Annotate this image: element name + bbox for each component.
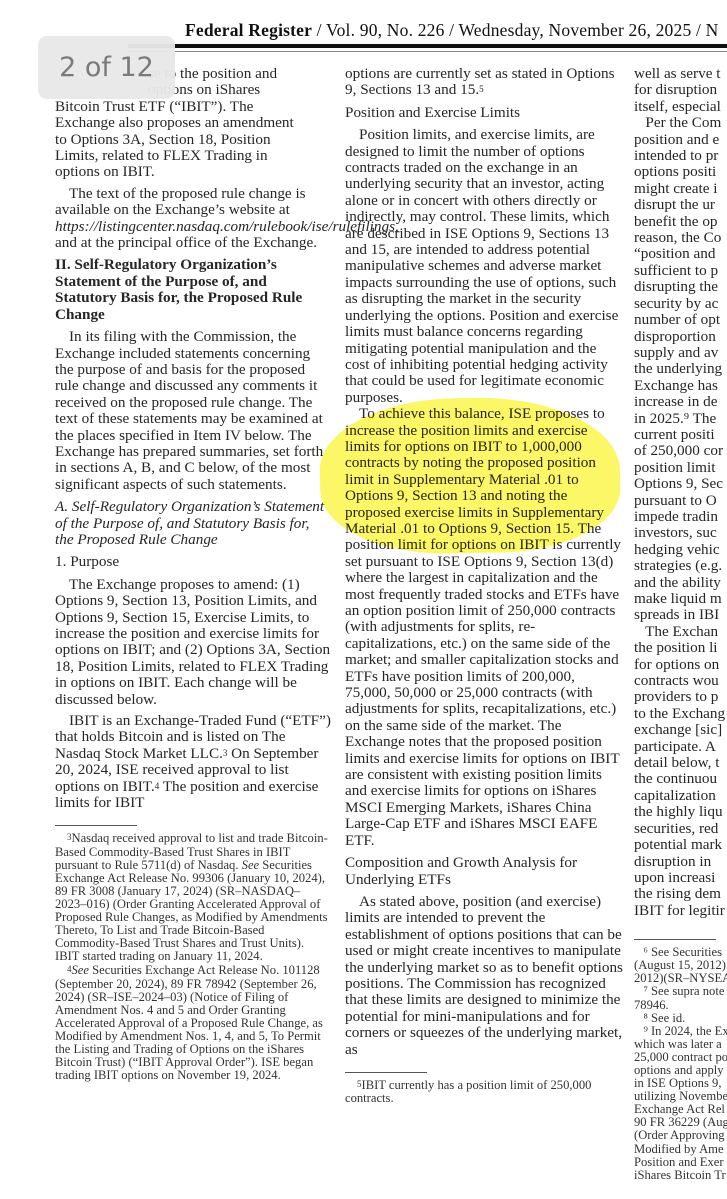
text-line: position and e	[634, 132, 727, 148]
text-line: security by ac	[634, 296, 727, 312]
footnote-rule	[345, 1072, 427, 1073]
paragraph: In its filing with the Commission, the E…	[55, 329, 331, 493]
text-line: options positi	[634, 164, 727, 180]
paragraph: IBIT is an Exchange-Traded Fund (“ETF”) …	[55, 713, 331, 811]
footnote-line: 25,000 contract po	[634, 1051, 727, 1064]
text-line: the underlying	[634, 361, 727, 377]
text-line: Limits, related to FLEX Trading in	[55, 148, 331, 164]
text-line: reason, the Co	[634, 230, 727, 246]
text-line: contracts wou	[634, 673, 727, 689]
text-line: the position li	[634, 640, 727, 656]
column-3-cropped: well as serve tfor disruptionitself, esp…	[634, 66, 727, 1182]
text-line: detail below, t	[634, 755, 727, 771]
paragraph: The text of the proposed rule change is …	[55, 186, 331, 252]
text-line: of 250,000 cor	[634, 443, 727, 459]
text-line: exchange [sic]	[634, 722, 727, 738]
text-line: to Options 3A, Section 18, Position	[55, 132, 331, 148]
footnote-rule	[55, 825, 137, 826]
footnotes: ⁶ See Securities(August 15, 2012)2012)(S…	[634, 946, 727, 1182]
footnote-line: Position and Exer	[634, 1156, 727, 1169]
text-line: investors, suc	[634, 525, 727, 541]
footnote-5: 5IBIT currently has a position limit of …	[345, 1079, 623, 1105]
header-rule	[128, 44, 727, 48]
text-line: Exchange also proposes an amendment	[55, 115, 331, 131]
text-line: Exchange has	[634, 378, 727, 394]
text-line: participate. A	[634, 739, 727, 755]
paragraph: The Exchange proposes to amend: (1) Opti…	[55, 577, 331, 708]
section-heading-limits: Position and Exercise Limits	[345, 105, 623, 121]
text-line: disrupting the	[634, 279, 727, 295]
section-heading-purpose: 1. Purpose	[55, 554, 331, 570]
column-2: options are currently set as stated in O…	[345, 66, 623, 1106]
text-line: upon increasi	[634, 870, 727, 886]
text-line: the highly liqu	[634, 804, 727, 820]
footnote-ref[interactable]: 5	[479, 84, 484, 94]
column-3-text: well as serve tfor disruptionitself, esp…	[634, 66, 727, 919]
footnote-line: 78946.	[634, 999, 727, 1012]
text-line: itself, especial	[634, 99, 727, 115]
footnote-rule	[634, 939, 716, 940]
footnote-line: Modified by Ame	[634, 1143, 727, 1156]
footnote-ref[interactable]: 4	[155, 781, 160, 791]
text-line: in 2025.⁹ The	[634, 411, 727, 427]
paragraph: Position limits, and exercise limits, ar…	[345, 127, 623, 406]
text-line: Bitcoin Trust ETF (“IBIT”). The	[55, 99, 331, 115]
footnote-4: 4See Securities Exchange Act Release No.…	[55, 964, 331, 1082]
footnotes: 5IBIT currently has a position limit of …	[345, 1079, 623, 1105]
text-line: options on IBIT.	[55, 164, 331, 180]
footnote-line: iShares Bitcoin Tr	[634, 1169, 727, 1182]
text-line: for options on	[634, 657, 727, 673]
footnote-line: (Order Approving	[634, 1129, 727, 1142]
text-line: make liquid m	[634, 591, 727, 607]
footnotes: 3Nasdaq received approval to list and tr…	[55, 832, 331, 1082]
footnote-line: ⁷ See supra note	[634, 985, 727, 998]
text-line: benefit the op	[634, 214, 727, 230]
section-heading-A: A. Self-Regulatory Organization’s Statem…	[55, 499, 331, 548]
text-line: providers to p	[634, 689, 727, 705]
text-line: disproportion	[634, 329, 727, 345]
text-line: to the Exchang	[634, 706, 727, 722]
text-line: securities, red	[634, 821, 727, 837]
text-line: and the ability	[634, 575, 727, 591]
text-line: increase in de	[634, 394, 727, 410]
text-line: pursuant to O	[634, 493, 727, 509]
text-line: hedging vehic	[634, 542, 727, 558]
text-line: impede tradin	[634, 509, 727, 525]
text-line: spreads in IBI	[634, 607, 727, 623]
footnote-line: ⁹ In 2024, the Ex	[634, 1025, 727, 1038]
text-line: disruption in	[634, 854, 727, 870]
running-header: Federal Register / Vol. 90, No. 226 / We…	[185, 20, 718, 41]
footnote-line: ⁸ See id.	[634, 1012, 727, 1025]
section-heading-II: II. Self-Regulatory Organization’s State…	[55, 257, 331, 323]
text-line: IBIT for legitir	[634, 903, 727, 919]
publication-name: Federal Register	[185, 20, 312, 40]
text-line: current positi	[634, 427, 727, 443]
rulefilings-link[interactable]: https://listingcenter.nasdaq.com/ruleboo…	[55, 218, 395, 235]
text-line: strategies (e.g.	[634, 558, 727, 574]
page-indicator-badge: 2 of 12	[38, 36, 175, 99]
text-line: disrupt the ur	[634, 197, 727, 213]
volume-info: / Vol. 90, No. 226 / Wednesday, November…	[312, 20, 718, 40]
text-line: position limit	[634, 460, 727, 476]
header-rule-thin	[128, 51, 727, 52]
text-line: The Exchan	[634, 624, 727, 640]
paragraph: options are currently set as stated in O…	[345, 66, 623, 99]
text-line: supply and av	[634, 345, 727, 361]
text-line: capitalization	[634, 788, 727, 804]
section-heading-composition: Composition and Growth Analysis for Unde…	[345, 855, 623, 888]
paragraph: As stated above, position (and exercise)…	[345, 894, 623, 1058]
text-line: might create i	[634, 181, 727, 197]
column-1: se to the position and options on iShare…	[55, 66, 331, 1083]
text-line: “position and	[634, 246, 727, 262]
text-line: the rising dem	[634, 886, 727, 902]
text-line: potential mark	[634, 837, 727, 853]
text-line: for disruption	[634, 82, 727, 98]
text-line: number of opt	[634, 312, 727, 328]
footnote-ref[interactable]: 3	[223, 748, 228, 758]
text-line: Per the Com	[634, 115, 727, 131]
text-line: Options 9, Sec	[634, 476, 727, 492]
footnote-3: 3Nasdaq received approval to list and tr…	[55, 832, 331, 963]
footnote-line: which was later a	[634, 1038, 727, 1051]
highlighter-mark	[319, 395, 622, 555]
text-line: well as serve t	[634, 66, 727, 82]
text-line: intended to pr	[634, 148, 727, 164]
text-line: the continuou	[634, 771, 727, 787]
text-line: sufficient to p	[634, 263, 727, 279]
